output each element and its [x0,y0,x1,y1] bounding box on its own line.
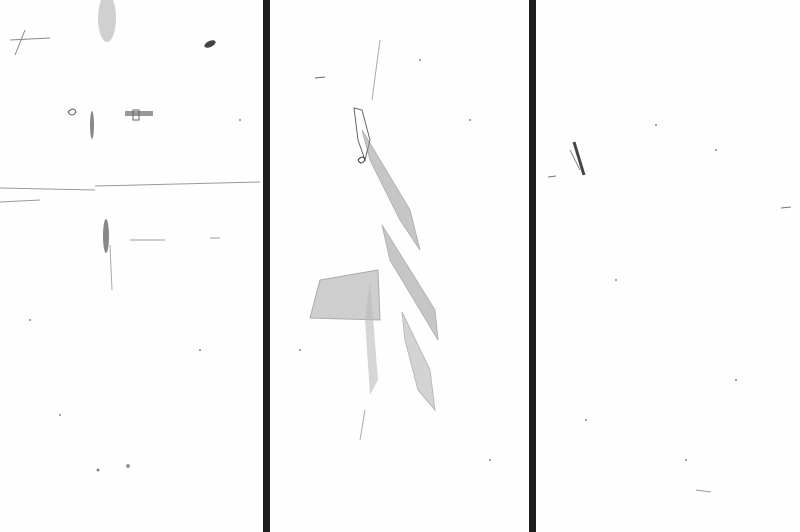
divider-left [263,0,270,532]
divider-right [529,0,536,532]
right-panel-texture [536,0,800,532]
left-panel [0,0,263,532]
center-panel [270,0,529,532]
right-panel [536,0,800,532]
center-panel-sketch [270,0,529,532]
left-panel-texture [0,0,263,532]
